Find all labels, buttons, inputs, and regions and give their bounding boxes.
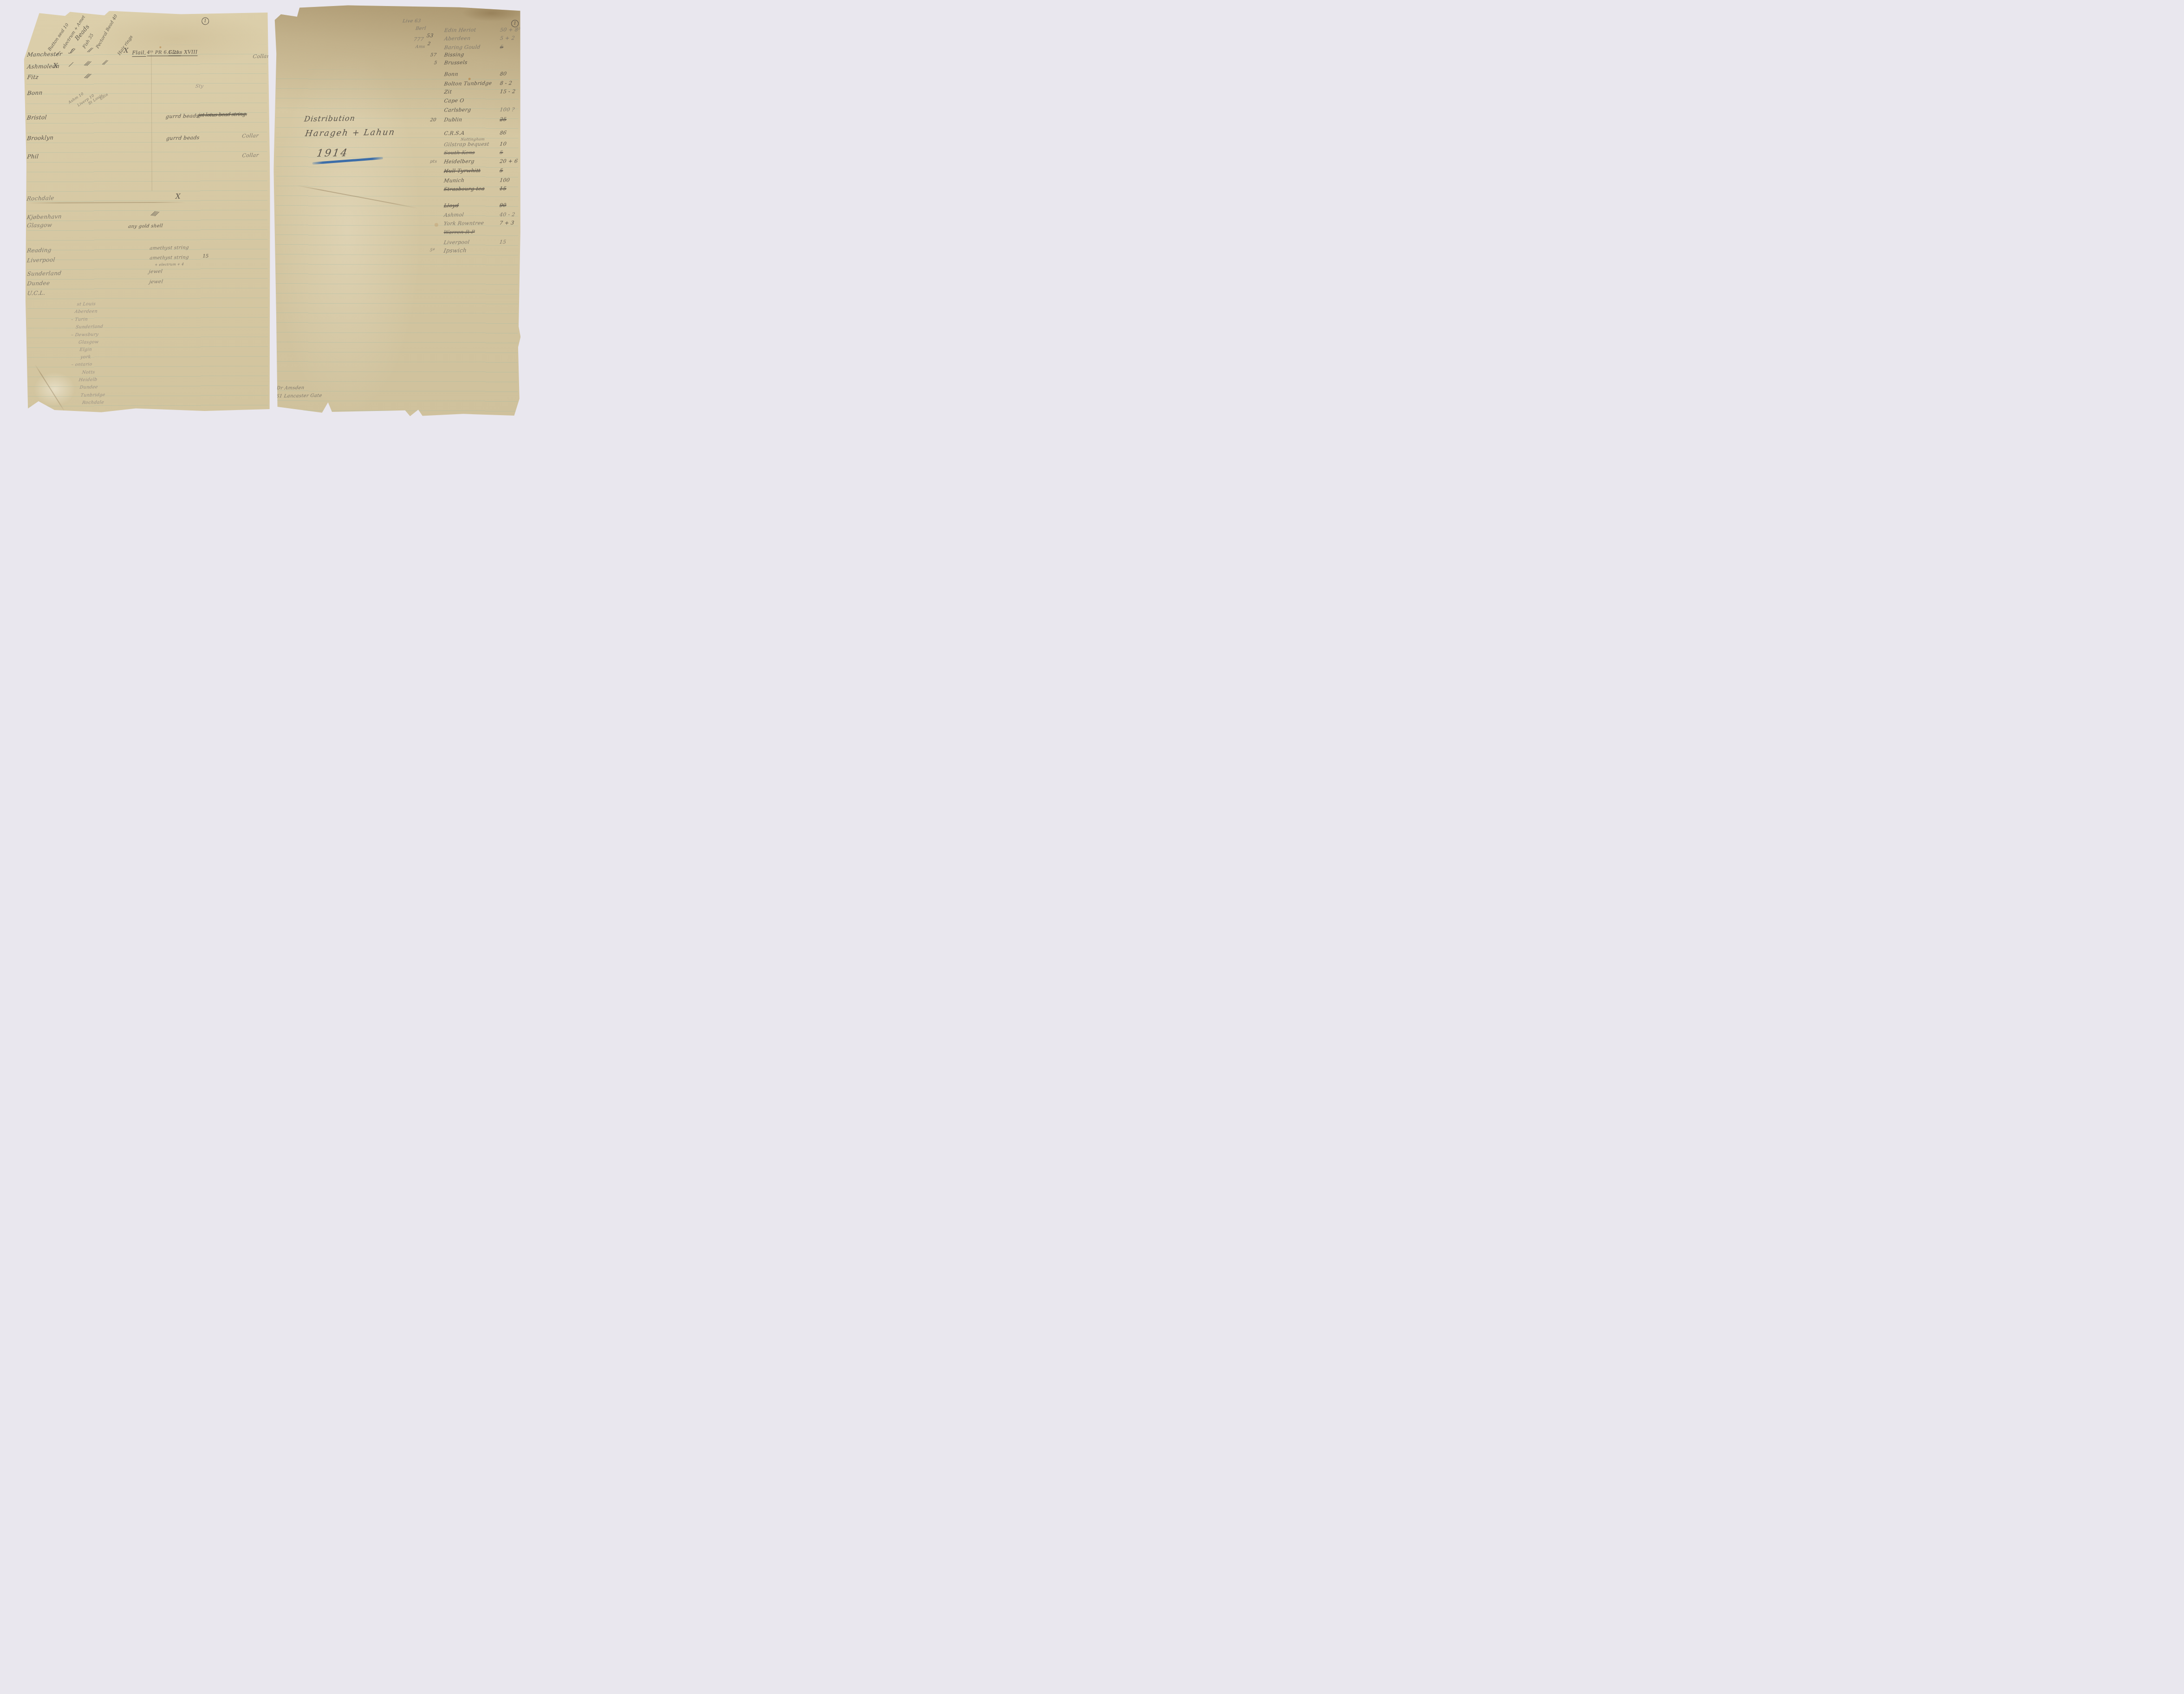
faint-list-item: – ontario xyxy=(71,362,93,367)
page-number-badge: 1 xyxy=(201,17,209,25)
entry-name: Brussels xyxy=(444,59,468,66)
entry-name: Cape O xyxy=(444,98,465,104)
entry-strasbourg: Strasbourg tea 15 xyxy=(444,186,523,192)
row-label-brooklyn: Brooklyn xyxy=(26,134,54,141)
entry-value: 86 xyxy=(499,130,507,136)
faint-list-item: york xyxy=(80,354,91,359)
x-mark: X xyxy=(175,192,181,201)
entry-value-struck: 5 xyxy=(500,44,504,50)
column-header-pectoral: Pectoral Bead 40 xyxy=(95,14,118,50)
faint-list-item: Sunderland xyxy=(75,324,104,330)
note-jewel: jewel xyxy=(149,279,163,285)
faint-list-item: Heidelb xyxy=(78,377,97,383)
entry-name: Dublin xyxy=(444,117,463,123)
row-label-bonn: Bonn xyxy=(27,90,43,97)
entry-prefix: 5 xyxy=(434,60,437,65)
tally-label: Berl xyxy=(415,26,426,31)
entry-value: 100 ? xyxy=(500,106,515,112)
note-jewel: jewel xyxy=(149,269,163,275)
entry-hull-tyrwhitt: Hull Tyrwhitt 5 xyxy=(444,168,523,174)
entry-name: Ashmol xyxy=(443,212,464,218)
row-label-bristol: Bristol xyxy=(26,114,47,121)
entry-name: Gilstrap bequest xyxy=(443,141,489,148)
entry-south-kens: South Kens 5 xyxy=(444,150,523,156)
footer-address: 61 Lancaster Gate xyxy=(276,393,322,399)
entry-value: 15 - 2 xyxy=(500,88,516,94)
entry-prefix: pts xyxy=(430,159,437,164)
entry-name: Edin Heriot xyxy=(444,27,476,33)
entry-edinburgh: Edin Heriot 50 + 8² xyxy=(444,27,523,33)
archival-scan: 1 Button seal 10 electrum + Amet Beads F… xyxy=(0,0,546,423)
entry-liverpool: Liverpool 15 xyxy=(444,239,523,246)
note-amethyst: amethyst string xyxy=(149,245,189,251)
entry-value: 15 xyxy=(499,239,507,245)
faint-list-item: Notts xyxy=(82,370,96,375)
entry-carlsberg: Carlsberg 100 ? xyxy=(444,107,523,113)
entry-name: Bolton Tunbridge xyxy=(444,80,493,87)
page-number: 1 xyxy=(204,19,207,23)
entry-aberdeen: Aberdeen 5 + 2 xyxy=(444,35,523,42)
row-label-rochdale: Rochdale xyxy=(26,195,55,202)
row-label-ucl: U.C.L. xyxy=(27,290,46,297)
entry-prefix: 20 xyxy=(430,117,437,123)
entry-value: 7 + 3 xyxy=(499,220,515,226)
right-page: Live 63 1 Berl 777 53 Ams 2 Edin Heriot … xyxy=(273,4,521,417)
entry-prefix: 5ª xyxy=(429,248,435,253)
entry-value-struck: 5 xyxy=(499,150,503,156)
entry-name: Liverpool xyxy=(443,239,470,246)
row-label-liverpool: Liverpool xyxy=(26,256,55,263)
entry-prefix: 57 xyxy=(430,52,437,58)
entry-york-rowntree: York Rowntree 7 + 3 xyxy=(444,220,523,227)
tally-number: 2 xyxy=(427,41,431,46)
row-label-phil: Phil xyxy=(26,153,39,160)
entry-heidelberg: pts Heidelberg 20 + 6 xyxy=(444,158,523,165)
entry-bolton-tunbridge: Bolton Tunbridge 8 - 2 xyxy=(444,80,523,87)
note-count: 15 xyxy=(202,254,208,259)
entry-value-struck: 90 xyxy=(499,202,507,208)
title-sites: Harageh + Lahun xyxy=(305,127,396,138)
entry-cape: Cape O xyxy=(444,98,523,104)
entry-value: 10 xyxy=(499,141,507,147)
entry-zit: Zit 15 - 2 xyxy=(444,89,523,95)
entry-name: Aberdeen xyxy=(444,35,471,42)
entry-name-struck: Warren R P xyxy=(443,229,475,235)
entry-warren: Warren R P xyxy=(444,229,523,235)
faint-list-item: st Louis xyxy=(77,301,96,307)
entry-value: 20 + 6 xyxy=(499,158,518,164)
entry-value: 40 - 2 xyxy=(499,211,515,217)
entry-name: Carlsberg xyxy=(444,107,472,113)
entry-value: 5 + 2 xyxy=(500,35,515,41)
entry-value-struck: 25 xyxy=(500,116,507,122)
entry-value: 8 - 2 xyxy=(500,80,513,86)
entry-name-struck: Strasbourg tea xyxy=(443,186,485,192)
faint-list-item: Aberdeen xyxy=(74,309,98,314)
tally-number: 777 xyxy=(413,36,424,42)
stain-dot xyxy=(468,78,471,80)
entry-value: 50 + 8² xyxy=(500,26,521,33)
note-electrum: + electrum + 4 xyxy=(155,262,184,267)
entry-value-struck: 15 xyxy=(499,185,507,191)
entry-brussels: 5 Brussels xyxy=(444,59,523,66)
tally-label: Ams xyxy=(415,45,425,49)
note-collar: Collar xyxy=(241,133,259,139)
entry-bonn: Bonn 80 xyxy=(444,71,523,78)
tally-number: 53 xyxy=(426,33,434,39)
footer-name: Dr Amsden xyxy=(276,385,305,391)
entry-dublin: 20 Dublin 25 xyxy=(444,117,523,123)
entry-name: C.R.S.A xyxy=(443,130,465,137)
x-mark: X xyxy=(53,62,58,70)
entry-name: Heidelberg xyxy=(443,158,475,165)
row-label-kobenhavn: Kjøbenhavn xyxy=(26,213,62,221)
note-beads: gurrd beads xyxy=(166,135,200,142)
row-label-fitz: Fitz xyxy=(27,74,39,81)
entry-lloyd: Lloyd 90 xyxy=(444,202,523,209)
stain-dot xyxy=(435,223,438,227)
entry-name-struck: South Kens xyxy=(443,150,475,156)
entry-name: Munich xyxy=(443,177,465,184)
entry-value: 100 xyxy=(499,177,510,183)
top-note: Live 63 xyxy=(402,19,421,24)
entry-name: Bissing xyxy=(444,52,465,58)
entry-bissing: 57 Bissing xyxy=(444,52,523,58)
faint-list-item: – Turin xyxy=(71,317,88,322)
faint-list-item: Rochdale xyxy=(82,400,104,405)
faint-list-item: Dundee xyxy=(79,384,98,390)
entry-name: Ipswich xyxy=(443,247,467,254)
entry-munich: Munich 100 xyxy=(444,177,523,184)
note-gold-shell: any gold shell xyxy=(128,223,163,229)
entry-ashmolean: Ashmol 40 - 2 xyxy=(444,212,523,218)
note-collar: Collar xyxy=(253,53,270,60)
row-label-sunderland: Sunderland xyxy=(27,270,62,277)
entry-gilstrap: Nottingham Gilstrap bequest 10 xyxy=(444,141,523,148)
note-collar: Collar xyxy=(242,152,260,159)
row-label-dundee: Dundee xyxy=(27,280,51,287)
note-beads: gurrd beads, xyxy=(165,113,201,120)
page-number: 1 xyxy=(513,21,516,26)
entry-name: Baring Gould xyxy=(444,44,481,51)
entry-name-struck: Hull Tyrwhitt xyxy=(443,168,481,174)
faint-list-item: – Dewsbury xyxy=(71,332,99,338)
entry-baring-gould: Baring Gould 5 xyxy=(444,44,523,51)
entry-name: York Rowntree xyxy=(443,220,484,227)
faint-list-item: Elgin xyxy=(79,347,92,352)
faint-list-item: Tunbridge xyxy=(80,392,105,398)
entry-crsa: C.R.S.A 86 xyxy=(444,130,523,137)
note-flail: Flail, xyxy=(132,50,146,57)
struck-note: jet lotus bead string. xyxy=(198,111,247,118)
note-amethyst: amethyst string xyxy=(149,255,189,261)
entry-value-struck: 5 xyxy=(499,168,503,174)
stain-dot xyxy=(159,46,161,48)
fragment-note: Sty xyxy=(195,84,204,89)
entry-name: Zit xyxy=(444,89,452,95)
faint-list-item: Glasgow xyxy=(78,339,99,345)
note-glass: Glass XVIII xyxy=(168,50,197,56)
x-mark: X xyxy=(123,47,128,54)
page-number-badge: 1 xyxy=(511,20,519,27)
title-year: 1914 xyxy=(316,147,349,159)
entry-name-struck: Lloyd xyxy=(443,202,459,208)
row-label-glasgow: Glasgow xyxy=(26,222,52,228)
entry-name: Bonn xyxy=(444,71,459,77)
left-page: 1 Button seal 10 electrum + Amet Beads F… xyxy=(23,10,271,413)
row-label-reading: Reading xyxy=(26,247,52,254)
title-distribution: Distribution xyxy=(304,114,356,124)
entry-ipswich: 5ª Ipswich xyxy=(444,247,523,254)
entry-value: 80 xyxy=(500,71,507,77)
